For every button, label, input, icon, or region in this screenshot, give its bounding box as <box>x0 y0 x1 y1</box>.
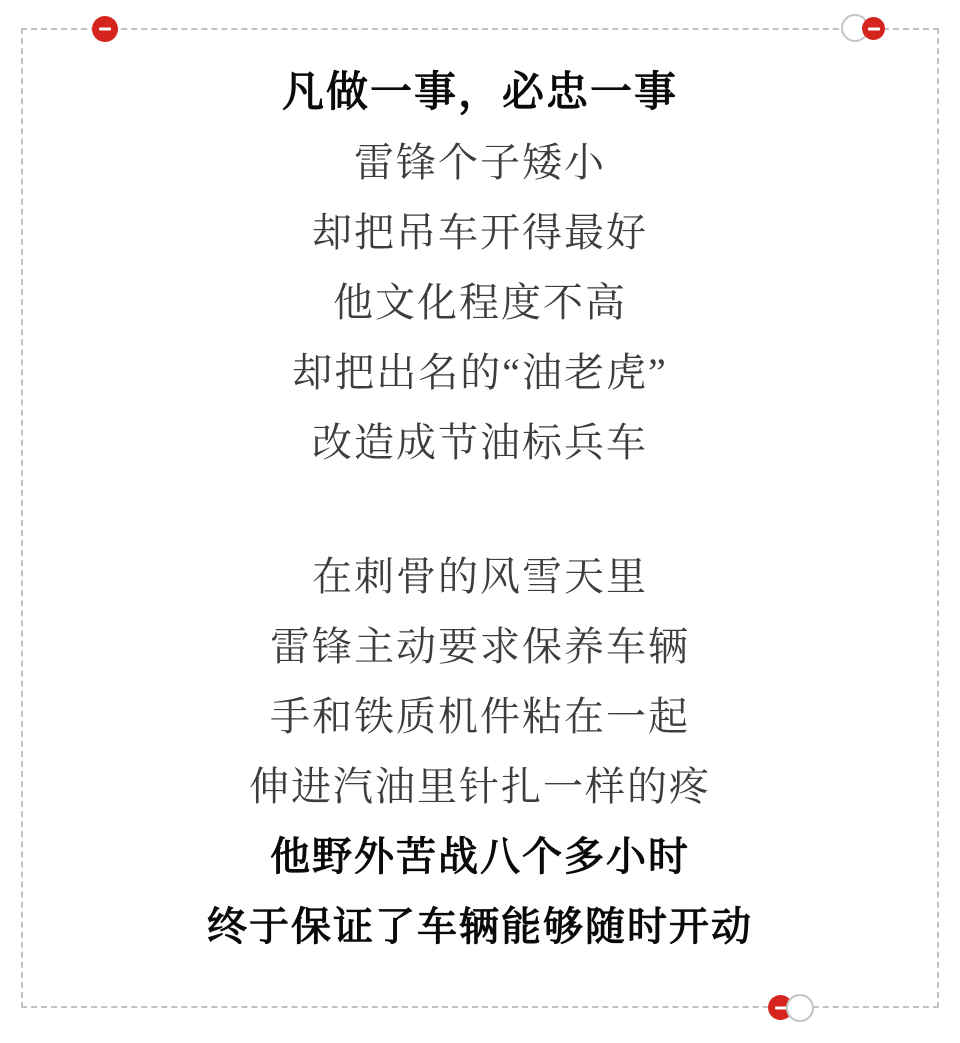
poem-line: 雷锋个子矮小 <box>0 128 960 198</box>
poem-line: 却把吊车开得最好 <box>0 198 960 268</box>
poem-line: 他文化程度不高 <box>0 268 960 338</box>
red-dot-icon <box>862 17 885 40</box>
poem-line: 改造成节油标兵车 <box>0 408 960 478</box>
poem-body: 凡做一事，必忠一事 雷锋个子矮小 却把吊车开得最好 他文化程度不高 却把出名的“… <box>0 0 960 962</box>
poem-line-emphasis: 终于保证了车辆能够随时开动 <box>0 892 960 962</box>
poem-title: 凡做一事，必忠一事 <box>0 58 960 128</box>
poem-stanza-1: 雷锋个子矮小 却把吊车开得最好 他文化程度不高 却把出名的“油老虎” 改造成节油… <box>0 128 960 478</box>
poem-line: 伸进汽油里针扎一样的疼 <box>0 752 960 822</box>
circle-outline-icon <box>786 994 814 1022</box>
poem-line: 却把出名的“油老虎” <box>0 338 960 408</box>
poem-line: 雷锋主动要求保养车辆 <box>0 612 960 682</box>
poem-line: 手和铁质机件粘在一起 <box>0 682 960 752</box>
red-dot-icon <box>92 16 118 42</box>
poem-stanza-2: 在刺骨的风雪天里 雷锋主动要求保养车辆 手和铁质机件粘在一起 伸进汽油里针扎一样… <box>0 542 960 962</box>
poem-line: 在刺骨的风雪天里 <box>0 542 960 612</box>
poem-line-emphasis: 他野外苦战八个多小时 <box>0 822 960 892</box>
